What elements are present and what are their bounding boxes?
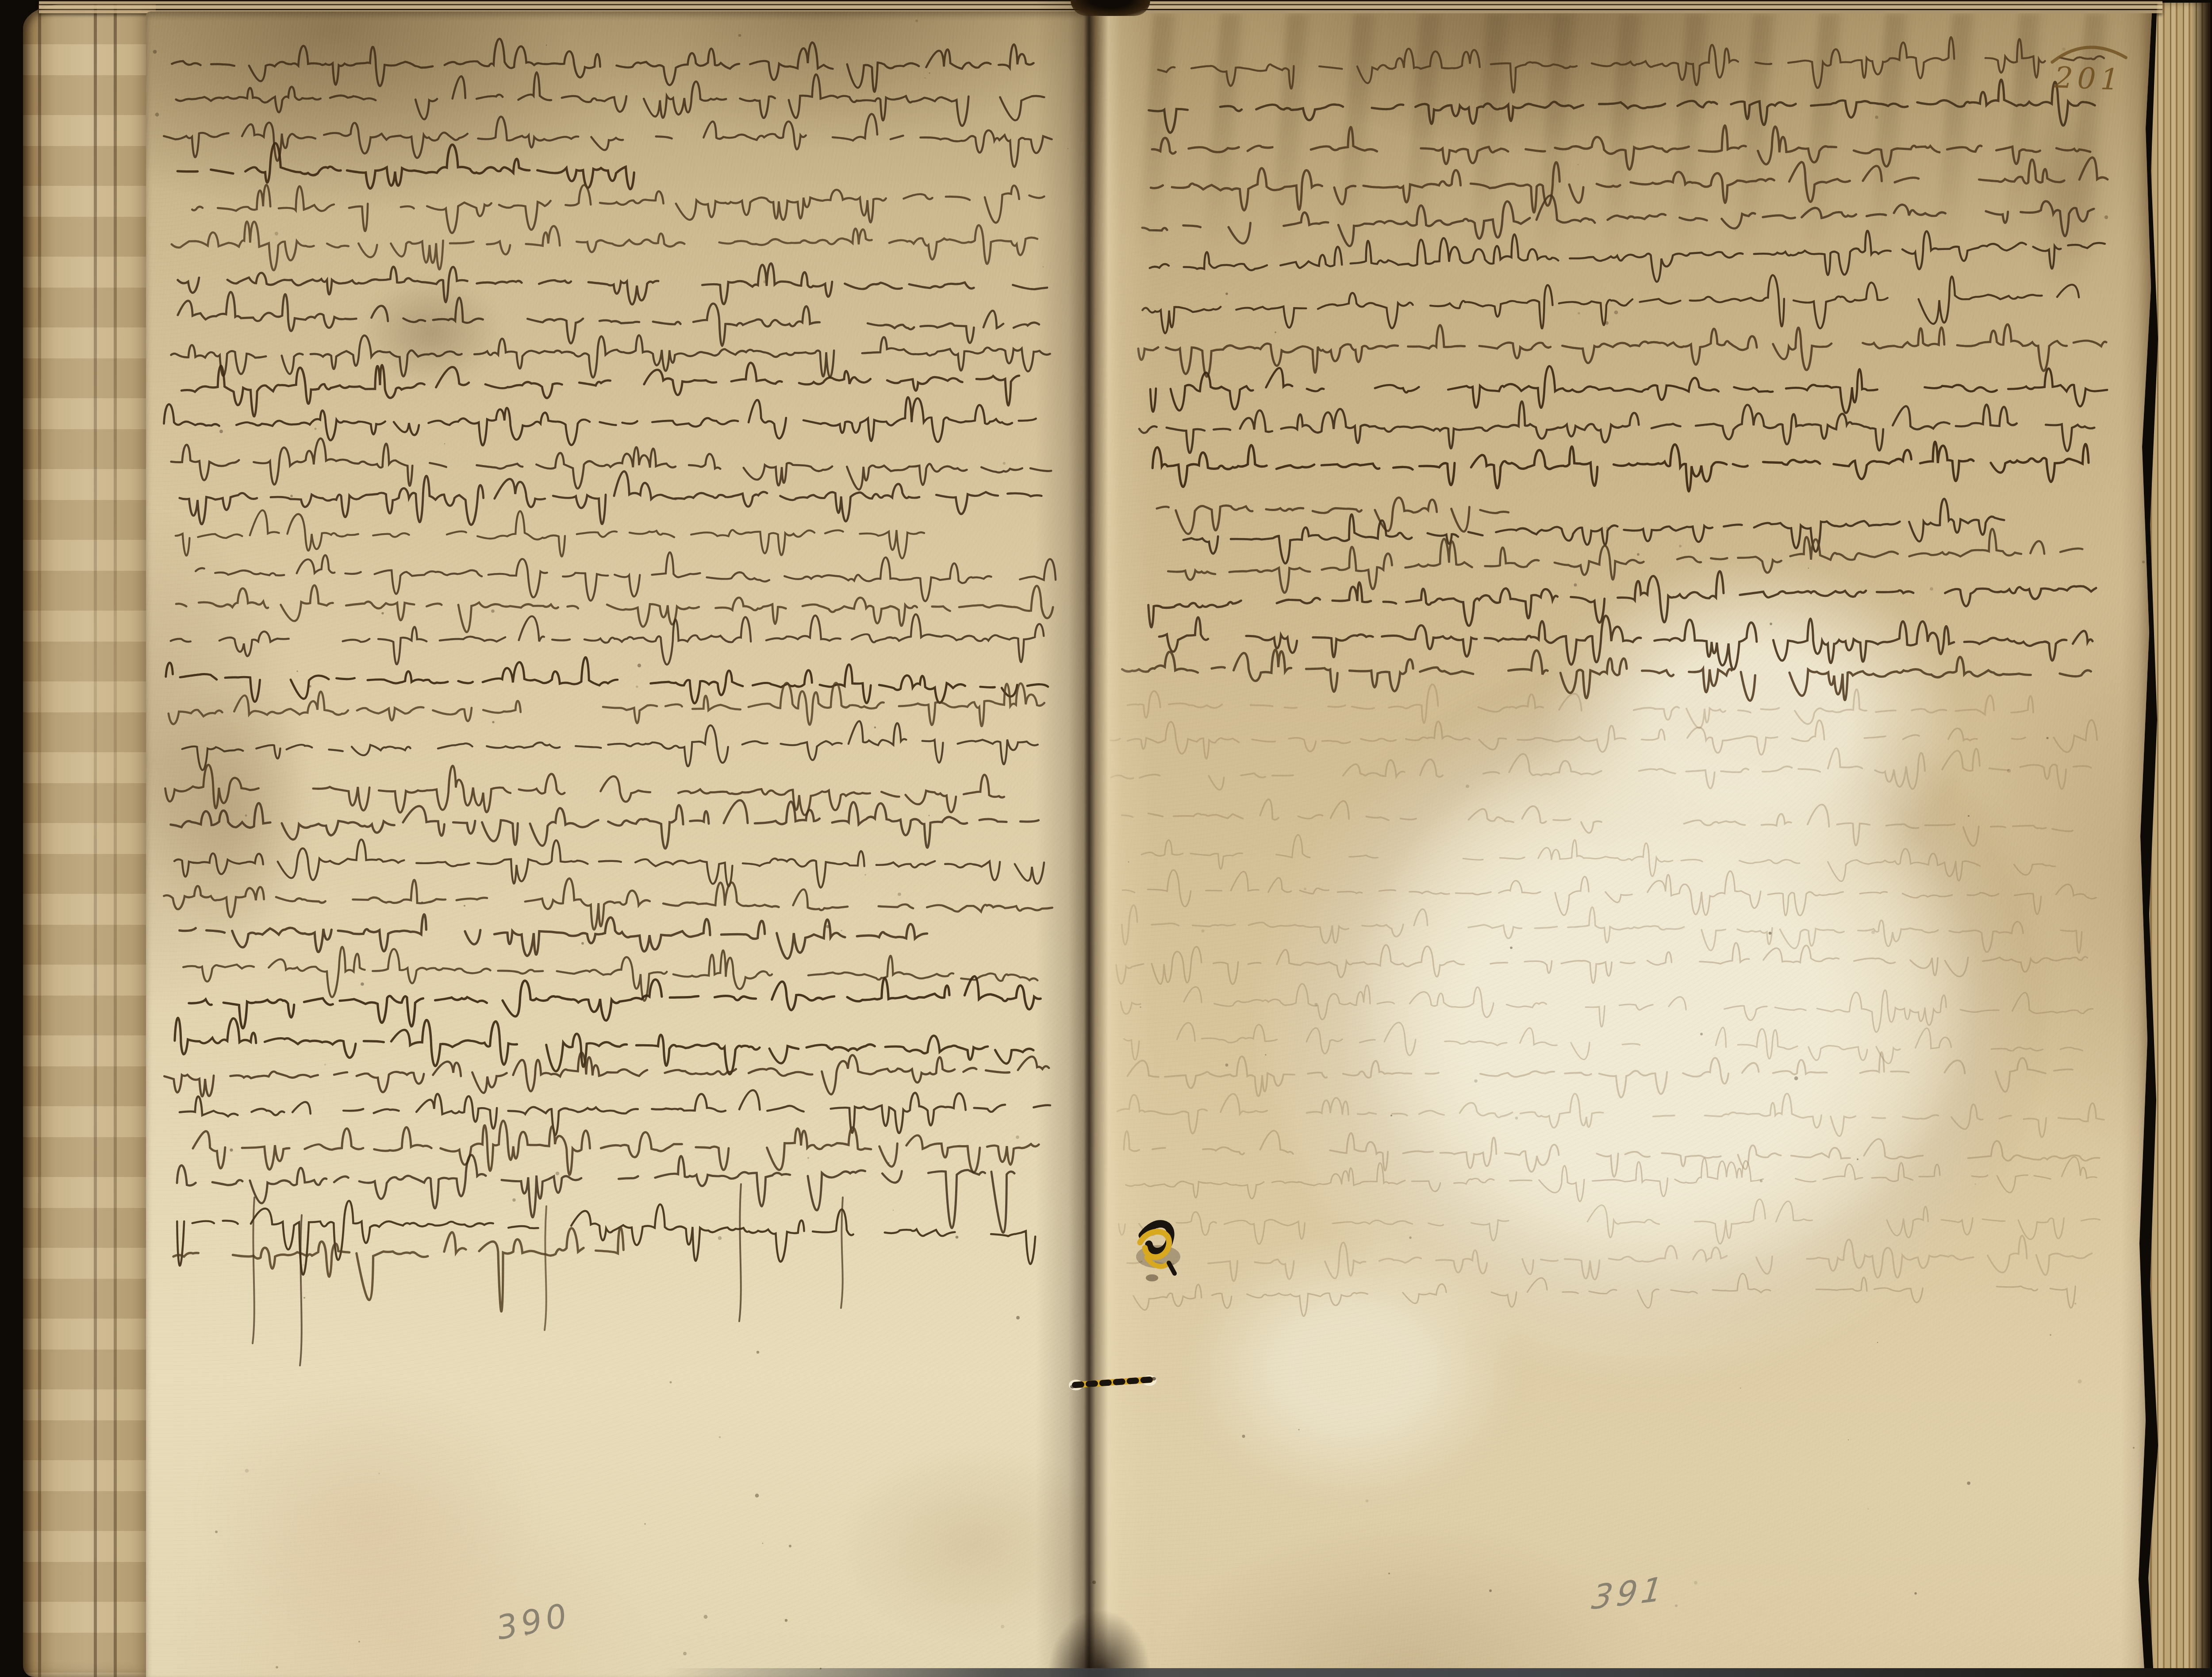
cover-crease <box>38 4 41 1677</box>
headband <box>1071 0 1150 16</box>
left-page-handwriting <box>146 12 1087 1677</box>
gutter-bottom-shadow <box>1048 1611 1150 1677</box>
right-page-handwriting <box>1087 13 2152 1677</box>
right-page-edges-stack <box>2146 3 2210 1676</box>
page-edge-crease <box>114 4 117 1677</box>
page-edge-crease <box>94 4 97 1677</box>
manuscript-photo: 390 201 391 <box>0 0 2212 1677</box>
scan-background-bottom-edge <box>664 1668 2212 1677</box>
ink-folio-number: 201 <box>2046 37 2150 112</box>
binding-thread-stitch <box>1069 1365 1157 1403</box>
folio-number-text: 201 <box>2054 61 2150 98</box>
left-page: 390 <box>146 12 1087 1677</box>
right-page: 201 391 <box>1087 13 2152 1677</box>
binding-thread-knot <box>1129 1204 1191 1289</box>
left-page-edges-stack <box>23 4 156 1677</box>
